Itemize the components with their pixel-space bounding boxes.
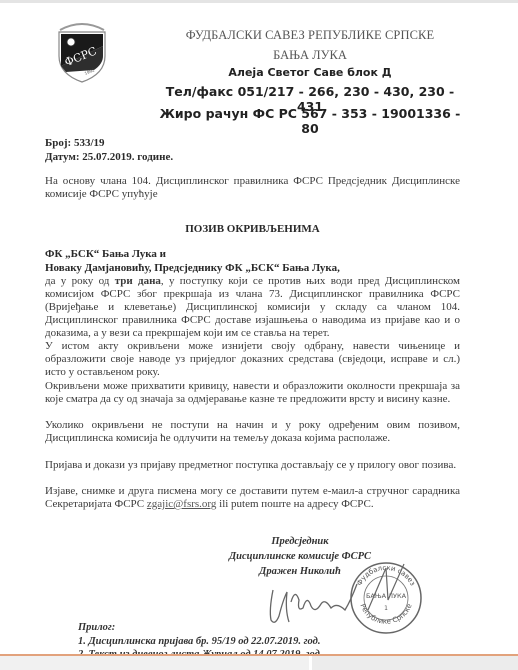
organization-account: Жиро рачун ФС РС 567 - 353 - 19001336 - … (152, 106, 468, 136)
paragraph-failure: Уколико окривљени не поступи на начин и … (45, 419, 460, 445)
organization-name: ФУДБАЛСКИ САВЕЗ РЕПУБЛИКЕ СРПСКЕ (160, 28, 460, 43)
paragraph-submission: Изјаве, снимке и друга писмена могу се д… (45, 485, 460, 511)
paragraph-guilt: Окривљени може прихватити кривицу, навес… (45, 380, 460, 406)
svg-text:БАЊА ЛУКА: БАЊА ЛУКА (366, 592, 407, 600)
document-number: Број: 533/19 (45, 137, 105, 149)
attachment-item: 1. Дисциплинска пријава бр. 95/19 од 22.… (78, 636, 320, 647)
intro-paragraph: На основу члана 104. Дисциплинског прави… (45, 175, 460, 201)
document-date: Датум: 25.07.2019. године. (45, 151, 173, 163)
paragraph-defense: У истом акту окривљени може изнијети сво… (45, 340, 460, 379)
fsrs-crest-icon: ФСРС 1992 (54, 16, 110, 84)
official-stamp-icon: Фудбалски савез Републике Српске БАЊА ЛУ… (348, 560, 424, 636)
p1-pre: да у року од (45, 275, 115, 287)
viewer-bottom-panel-right (312, 656, 518, 670)
viewer-bottom-panel-left (0, 656, 309, 670)
svg-text:1: 1 (384, 605, 388, 612)
signature-role: Предсједник (190, 536, 410, 547)
organization-address: Алеја Светог Саве блок Д (160, 66, 460, 79)
addressee-president: Новаку Дамјановићу, Предсједнику ФК „БСК… (45, 262, 340, 274)
document-title: ПОЗИВ ОКРИВЉЕНИМА (45, 223, 460, 235)
paragraph-report: Пријава и докази уз пријаву предметног п… (45, 459, 460, 472)
attachments-label: Прилог: (78, 622, 115, 633)
p1-deadline: три дана (115, 275, 161, 287)
paragraph-deadline: да у року од три дана, у поступку који с… (45, 275, 460, 340)
email-link[interactable]: zgajic@fsrs.org (147, 498, 217, 510)
organization-city: БАЊА ЛУКА (160, 48, 460, 63)
top-bar (0, 0, 518, 3)
addressee-club: ФК „БСК“ Бања Лука и (45, 248, 166, 260)
p6-post: ili putem поште на адресу ФСРС. (216, 498, 373, 510)
